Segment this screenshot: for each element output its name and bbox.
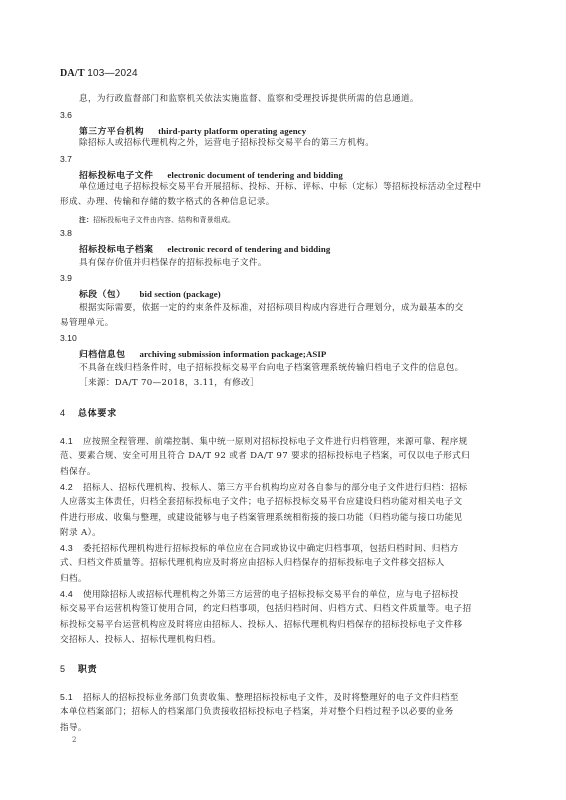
term-number: 3.8 xyxy=(60,228,72,238)
continuation-line: 息，为行政监督部门和监察机关依法实施监督、监察和受理投诉提供所需的信息通道。 xyxy=(79,93,419,105)
clause-line: 档保存。 xyxy=(60,466,96,478)
standard-header: DA/T 103—2024 xyxy=(60,68,138,79)
term-en: archiving submission information package… xyxy=(140,349,327,359)
term-zh: 招标投标电子文件 xyxy=(79,171,153,181)
term-heading: 招标投标电子档案electronic record of tendering a… xyxy=(79,242,330,255)
clause-line: 范、要素合规、安全可用且符合 DA/T 92 或者 DA/T 97 要求的招标投… xyxy=(60,450,470,462)
term-zh: 归档信息包 xyxy=(79,350,126,360)
clause-line: 4.1应按照全程管理、前端控制、集中统一原则对招标投标电子文件进行归档管理，来源… xyxy=(60,435,468,448)
term-zh: 标段（包） xyxy=(79,290,126,300)
section-heading: 5职责 xyxy=(60,662,97,675)
clause-line: 4.2招标人、招标代理机构、投标人、第三方平台机构均应对各自参与的部分电子文件进… xyxy=(60,481,468,494)
term-number: 3.10 xyxy=(60,333,77,343)
clause-line: 式、归档文件质量等。招标代理机构应及时将应由招标人归档保存的招标投标电子文件移交… xyxy=(60,557,445,569)
section-number: 5 xyxy=(60,664,66,674)
section-heading: 4总体要求 xyxy=(60,406,117,419)
clause-line: 交招标人、投标人、招标代理机构归档。 xyxy=(60,634,221,646)
term-definition: 形成、办理、传输和存储的数字格式的各种信息记录。 xyxy=(60,196,275,208)
term-number: 3.9 xyxy=(60,273,72,283)
clause-line: 指导。 xyxy=(60,722,87,734)
term-zh: 第三方平台机构 xyxy=(79,127,144,137)
term-definition: 根据实际需要，依据一定的约束条件及标准，对招标项目构成内容进行合理划分，成为最基… xyxy=(79,302,464,314)
clause-line: 5.1招标人的招标投标业务部门负责收集、整理招标投标电子文件，及时将整理好的电子… xyxy=(60,691,459,704)
note-text: 招标投标电子文件由内容、结构和背景组成。 xyxy=(93,216,235,224)
clause-number: 4.4 xyxy=(60,589,73,599)
clause-number: 4.3 xyxy=(60,543,73,553)
clause-line: 4.4使用除招标人或招标代理机构之外第三方运营的电子招标投标交易平台的单位，应与… xyxy=(60,588,459,601)
term-note: 注：招标投标电子文件由内容、结构和背景组成。 xyxy=(79,214,235,224)
term-en: bid section (package) xyxy=(140,289,221,299)
term-heading: 标段（包）bid section (package) xyxy=(79,287,221,300)
term-en: electronic document of tendering and bid… xyxy=(167,170,343,180)
section-title: 总体要求 xyxy=(78,409,117,419)
standard-number: 103—2024 xyxy=(87,68,138,79)
note-label: 注： xyxy=(79,216,93,224)
clause-number: 4.1 xyxy=(60,436,73,446)
term-heading: 归档信息包archiving submission information pa… xyxy=(79,347,326,360)
term-heading: 第三方平台机构third-party platform operating ag… xyxy=(79,124,306,137)
term-source: ［来源：DA/T 70—2018，3.11，有修改］ xyxy=(79,377,259,389)
page-number: 2 xyxy=(72,736,76,744)
term-number: 3.6 xyxy=(60,110,72,120)
term-definition: 除招标人或招标代理机构之外，运营电子招标投标交易平台的第三方机构。 xyxy=(79,137,374,149)
section-title: 职责 xyxy=(78,665,98,675)
standard-code: DA/T xyxy=(60,68,85,79)
clause-line: 人应落实主体责任，归档全套招标投标电子文件；电子招标投标交易平台应建设归档功能对… xyxy=(60,496,462,508)
section-number: 4 xyxy=(60,408,66,418)
clause-line: 4.3委托招标代理机构进行招标投标的单位应在合同或协议中确定归档事项，包括归档时… xyxy=(60,542,459,555)
clause-line: 附录 A）。 xyxy=(60,527,101,539)
term-zh: 招标投标电子档案 xyxy=(79,245,153,255)
clause-line: 件进行形成、收集与整理，或建设能够与电子档案管理系统相衔接的接口功能（归档功能与… xyxy=(60,512,462,524)
term-definition: 易管理单元。 xyxy=(60,317,114,329)
clause-line: 本单位档案部门；招标人的档案部门负责接收招标投标电子档案，并对整个归档过程予以必… xyxy=(60,706,454,718)
term-en: electronic record of tendering and biddi… xyxy=(167,244,330,254)
clause-line: 标投标交易平台运营机构应及时将应由招标人、投标人、招标代理机构归档保存的招标投标… xyxy=(60,619,462,631)
term-definition: 具有保存价值并归档保存的招标投标电子文件。 xyxy=(79,257,267,269)
term-number: 3.7 xyxy=(60,154,72,164)
term-heading: 招标投标电子文件electronic document of tendering… xyxy=(79,168,343,181)
document-page: DA/T 103—2024 息，为行政监督部门和监察机关依法实施监督、监察和受理… xyxy=(0,0,566,800)
clause-number: 5.1 xyxy=(60,692,73,702)
term-en: third-party platform operating agency xyxy=(158,126,306,136)
term-definition: 单位通过电子招标投标交易平台开展招标、投标、开标、评标、中标（定标）等招标投标活… xyxy=(79,181,481,193)
term-definition: 不具备在线归档条件时，电子招标投标交易平台向电子档案管理系统传输归档电子文件的信… xyxy=(79,362,464,374)
clause-number: 4.2 xyxy=(60,482,73,492)
clause-line: 归档。 xyxy=(60,573,87,585)
clause-line: 标交易平台运营机构签订使用合同，约定归档事项，包括归档时间、归档方式、归档文件质… xyxy=(60,603,471,615)
